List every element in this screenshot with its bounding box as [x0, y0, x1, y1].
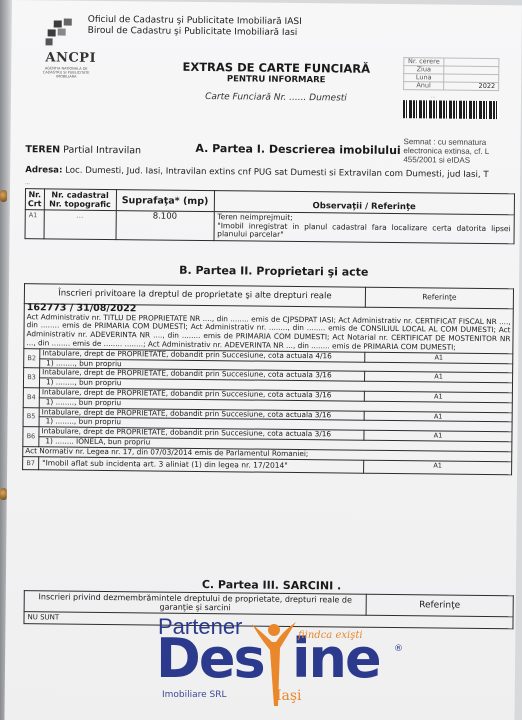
request-box: Nr. cerere Ziua Luna Anul2022 [403, 57, 499, 91]
document-page: ANCPI AGENTIA NATIONALA DE CADASTRU SI P… [4, 0, 522, 720]
property-type: TEREN Partial Intravilan [25, 144, 141, 156]
binder-ring [0, 190, 7, 202]
acts-list: Act Administrativ nr. TITLU DE PROPRIETA… [24, 313, 513, 354]
ancpi-logo: ANCPI AGENTIA NATIONALA DE CADASTRU SI P… [31, 14, 96, 75]
carte-funciara-number: Carte Funciară Nr. ...... Dumesti [181, 92, 371, 104]
destine-watermark: Partener Des ine fiindca exişti ® Imobil… [156, 614, 396, 716]
section-b-title: B. Partea II. Proprietari şi acte [179, 264, 368, 279]
barcode [403, 100, 499, 119]
document-title: EXTRAS DE CARTE FUNCIARĂ PENTRU INFORMAR… [181, 60, 371, 104]
table-row: A1 ... 8.100 Teren neimprejmuit; "Imobil… [25, 210, 514, 244]
property-address: Adresa: Loc. Dumesti, Jud. Iasi, Intravi… [25, 165, 488, 180]
section-a-table: Nr. Crt Nr. cadastral Nr. topografic Sup… [25, 188, 516, 244]
section-b-table: Înscrieri privitoare la dreptul de propr… [22, 283, 514, 475]
signature-note: Semnat : cu semnatura electronica extins… [403, 137, 513, 165]
section-c-title: C. Partea III. SARCINI . [202, 578, 341, 592]
office-name: Oficiul de Cadastru şi Publicitate Imobi… [88, 15, 302, 39]
section-a-title: A. Partea I. Descrierea imobilului [195, 142, 400, 157]
